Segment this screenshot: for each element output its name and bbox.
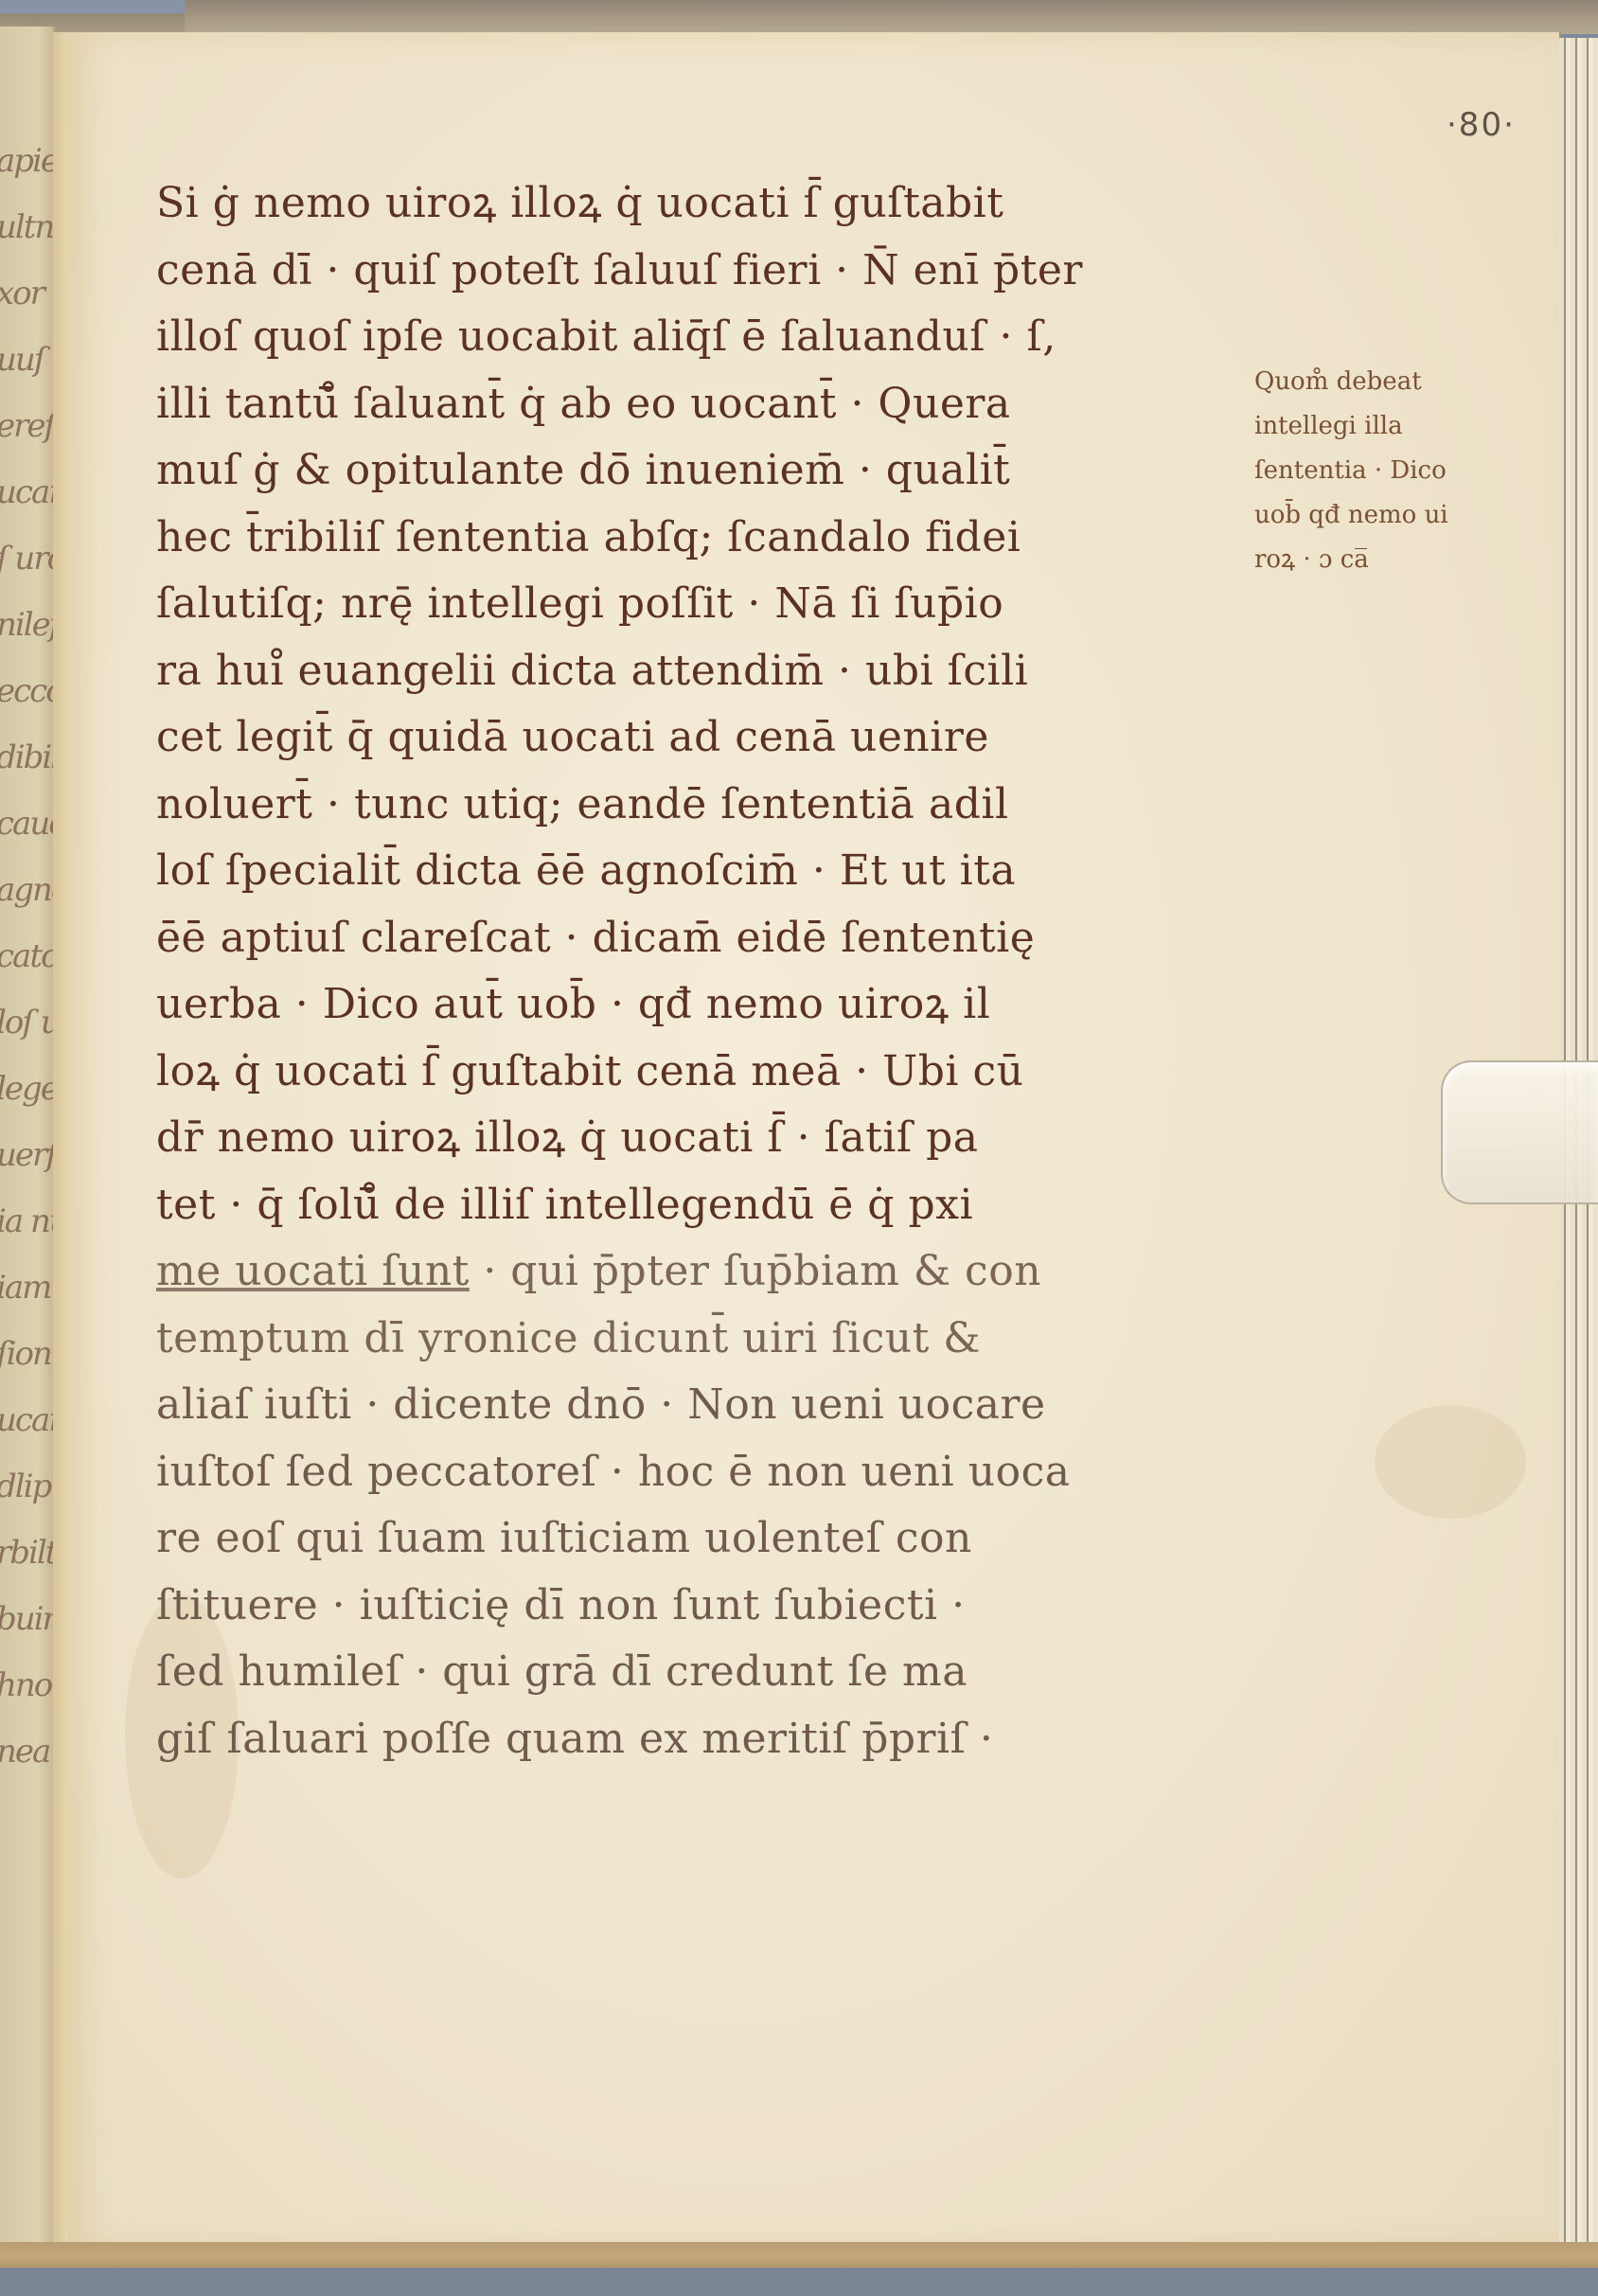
facing-page-text-fragment: xor [0,275,44,312]
stain [1375,1405,1526,1519]
facing-page-text-fragment: ucare [0,1401,55,1439]
facing-page-text-fragment: loſ u [0,1004,55,1041]
text-line: ra hui̊ euangelii dicta attendim̄ · ubi … [156,638,1245,705]
facing-page-text-fragment: uerſq [0,1136,55,1174]
text-line: Si ġ nemo uiroꝝ illoꝝ q̇ uocati ſ̄ guſta… [156,170,1245,238]
facing-page-text-fragment: agno [0,871,55,909]
facing-page-text-fragment: buin [0,1600,55,1638]
main-text-block: Si ġ nemo uiroꝝ illoꝝ q̇ uocati ſ̄ guſta… [156,170,1245,1772]
page-tab-clip[interactable] [1441,1060,1598,1204]
marginal-note-line: ſententia · Dico [1254,449,1538,493]
facing-page-text-fragment: cauer [0,805,55,843]
text-line: hec t̄ribiliſ ſententia abſq; ſcandalo f… [156,505,1245,572]
marginal-note-line: Quom̊ debeat [1254,360,1538,404]
text-line: ſed humileſ · qui grā dī credunt ſe ma [156,1639,1245,1706]
facing-page-text-fragment: eccoſ [0,672,55,710]
text-line: iuſtoſ ſed peccatoreſ · hoc ē non ueni u… [156,1439,1245,1506]
text-line: giſ ſaluari poſſe quam ex meritiſ p̄priſ… [156,1706,1245,1773]
text-line: temptum dī yronice dicunt̄ uiri ſicut & [156,1306,1245,1373]
text-line: me uocati ſunt · qui p̄pter ſup̄biam & c… [156,1238,1245,1306]
folio-number: ·80· [1447,106,1516,144]
text-line: noluert̄ · tunc utiq; eandē ſententiā ad… [156,772,1245,839]
text-line: tet · q̄ ſolū̊ de illiſ intellegendū ē q… [156,1172,1245,1239]
facing-page-text-fragment: nea [0,1733,49,1771]
text-line: loꝝ q̇ uocati ſ̄ guſtabit cenā meā · Ubi… [156,1039,1245,1106]
facing-page-text-fragment: ſiont [0,1335,55,1373]
facing-page-text-fragment: ſ urc [0,540,55,578]
facing-page-fragment: apienultncixoruuſ inereſucarſ urcnileſec… [0,27,55,2247]
facing-page-text-fragment: ia nul [0,1202,55,1240]
facing-page-text-fragment: nileſ [0,606,55,644]
text-line: ſalutiſq; nrę̄ intellegi poſſit · Nā ſi … [156,571,1245,638]
text-line: cenā dī · quiſ poteſt ſaluuſ fieri · N̄ … [156,238,1245,305]
text-line: aliaſ iuſti · dicente dnō · Non ueni uoc… [156,1372,1245,1439]
underlined-text: me uocati ſunt [156,1247,470,1295]
marginal-note-line: intellegi illa [1254,404,1538,449]
facing-page-text-fragment: legert [0,1070,55,1108]
text-line: loſ ſpecialit̄ dicta ēē agnoſcim̄ · Et u… [156,838,1245,905]
text-line: muſ ġ & opitulante dō̄ inueniem̄ · quali… [156,437,1245,505]
facing-page-text-fragment: ucar [0,473,55,511]
marginal-note: Quom̊ debeatintellegi illaſententia · Di… [1254,360,1538,582]
text-line: cet legit̄ q̄ quidā uocati ad cenā uenir… [156,704,1245,772]
binding-top-edge [185,0,1598,34]
facing-page-text-fragment: hnow [0,1666,55,1704]
text-line: illi tantū̊ ſaluant̄ q̇ ab eo uocant̄ · … [156,371,1245,438]
background-table-bottom [0,2268,1598,2296]
facing-page-text-fragment: apien [0,142,55,180]
facing-page-text-fragment: rbilt [0,1534,55,1572]
text-line: illoſ quoſ ipſe uocabit aliq̄ſ ē ſaluand… [156,304,1245,371]
facing-page-text-fragment: ultnci [0,208,55,246]
facing-page-text-fragment: iam ſcli [0,1269,55,1307]
facing-page-text-fragment: ereſ [0,407,54,445]
text-line: ſtituere · iuſticię dī non ſunt ſubiecti… [156,1573,1245,1640]
marginal-note-line: roꝝ · ɔ ca̅ [1254,538,1538,582]
text-line: re eoſ qui ſuam iuſticiam uolenteſ con [156,1505,1245,1573]
facing-page-text-fragment: dlip [0,1468,50,1505]
text-line: uerba · Dico aut̄ uob̄ · qđ nemo uiroꝝ i… [156,971,1245,1039]
facing-page-text-fragment: dibili [0,739,55,776]
facing-page-text-fragment: uuſ in [0,341,55,379]
text-line: ēē aptiuſ clareſcat · dicam̄ eidē ſenten… [156,905,1245,972]
text-line: dr̄ nemo uiroꝝ illoꝝ q̇ uocati ſ̄ · ſati… [156,1105,1245,1172]
marginal-note-line: uob̄ qđ nemo ui [1254,493,1538,538]
facing-page-text-fragment: catorq [0,937,55,975]
